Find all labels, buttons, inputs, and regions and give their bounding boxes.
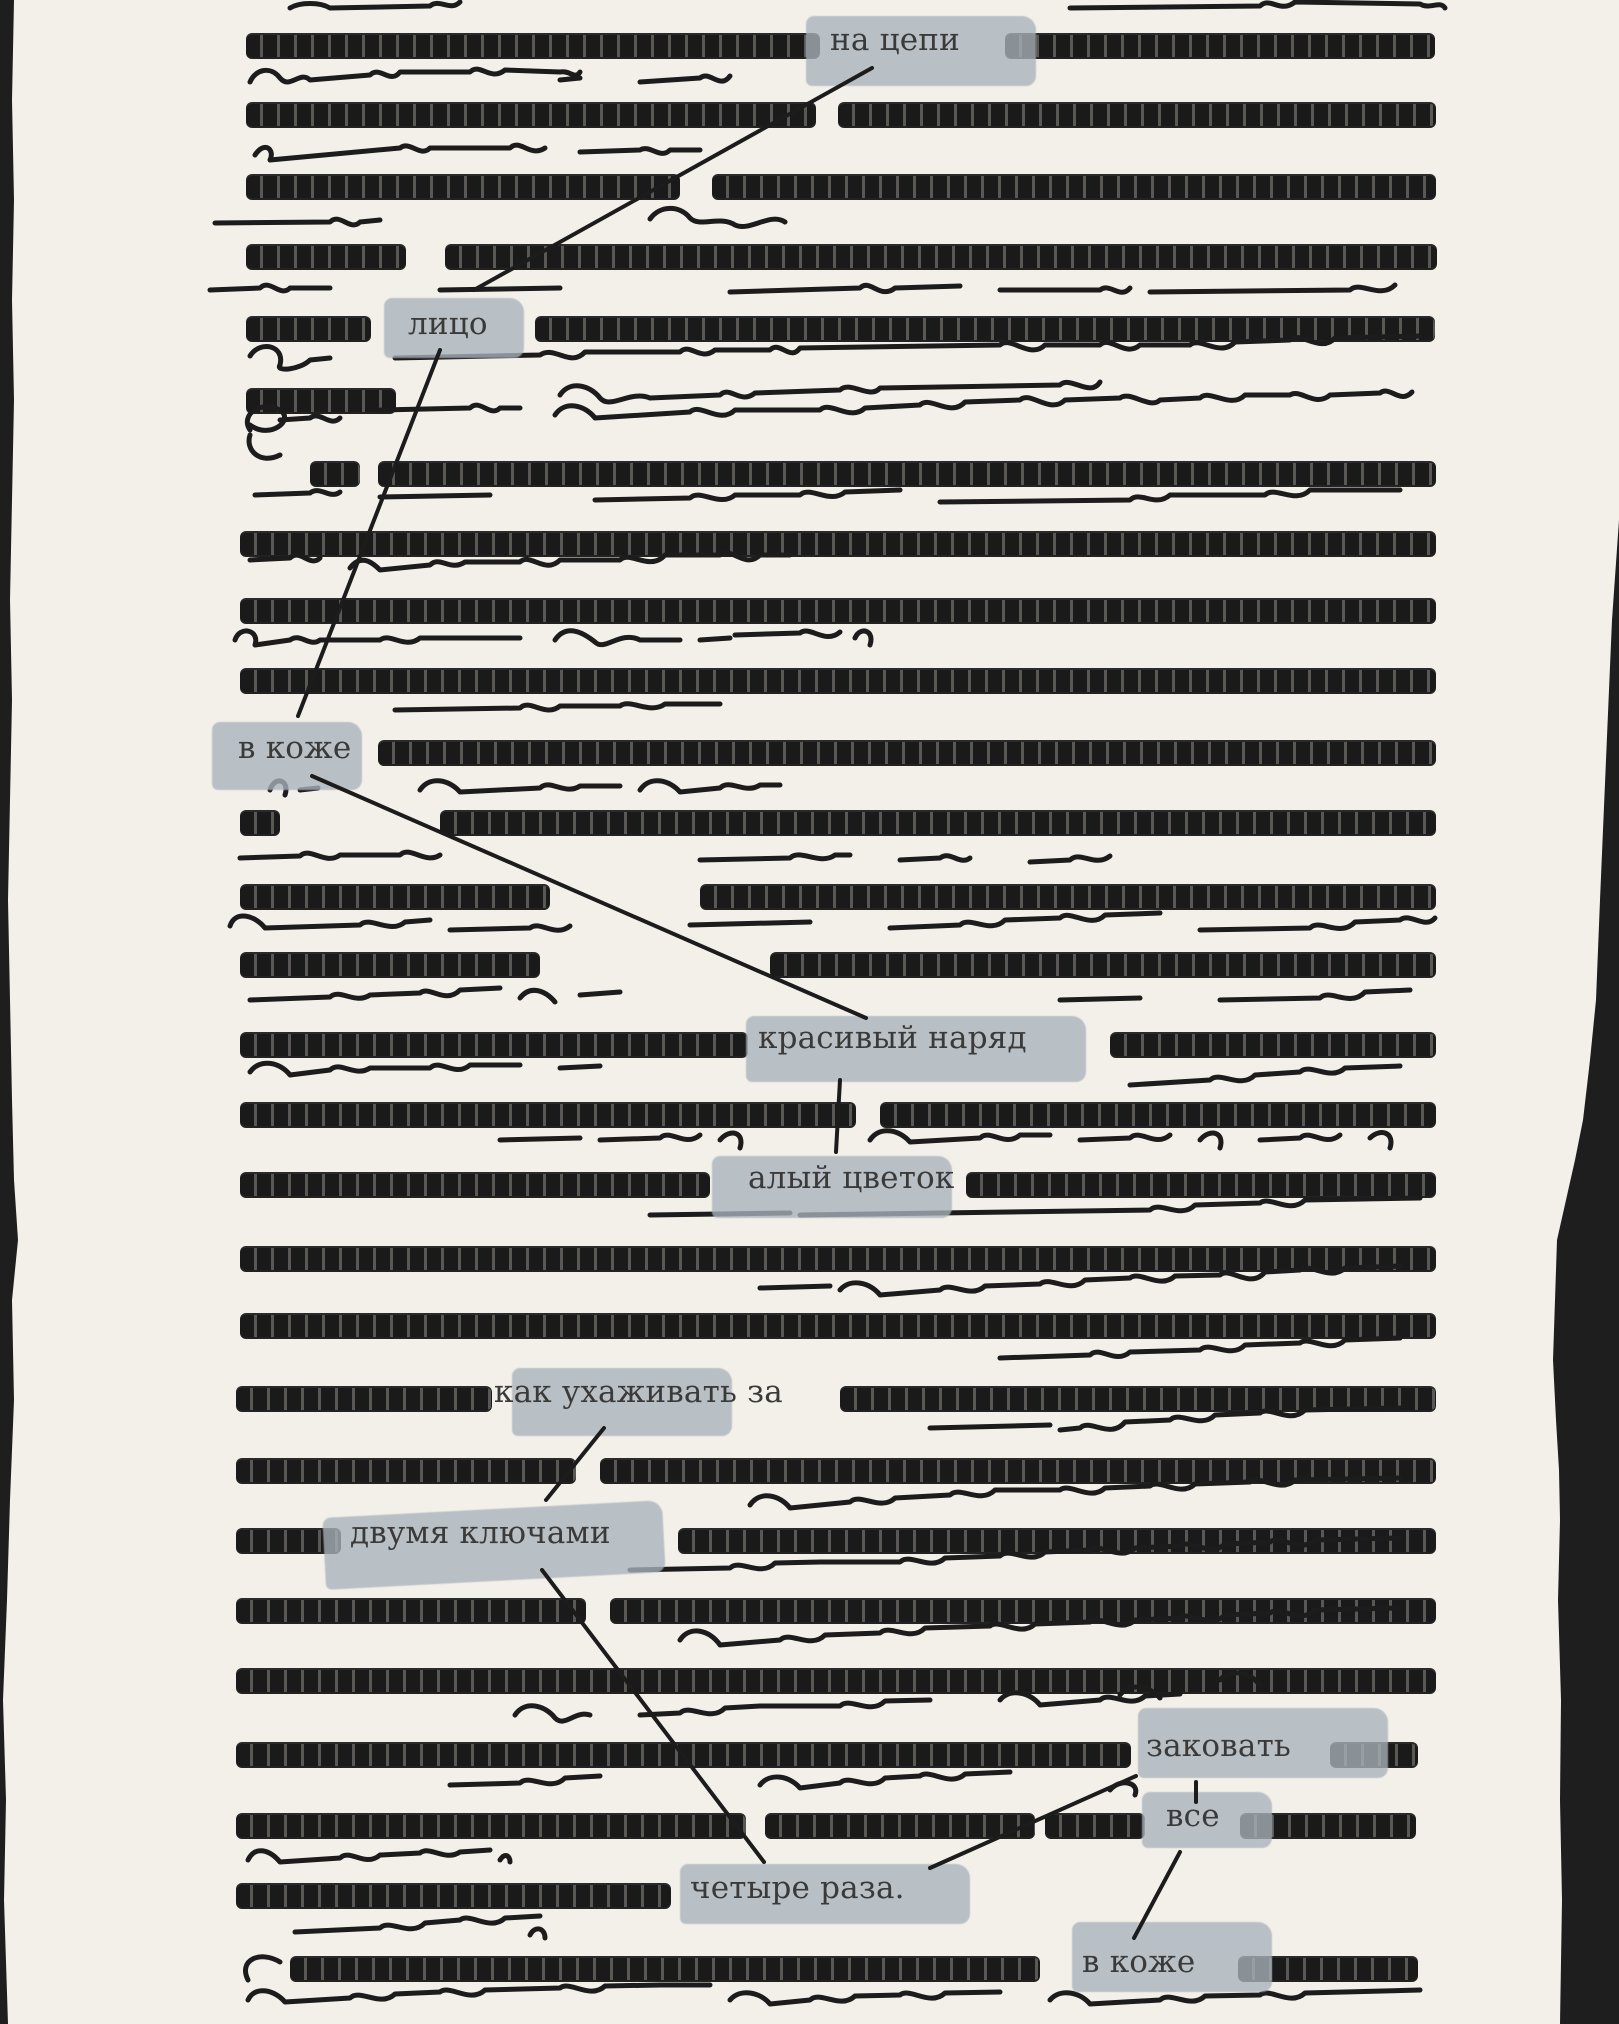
redaction-bar bbox=[445, 246, 1437, 268]
poem-word-11: в коже bbox=[1082, 1944, 1195, 1980]
redaction-bar bbox=[246, 35, 820, 57]
redaction-bar bbox=[765, 1815, 1035, 1837]
redaction-bar bbox=[240, 533, 1436, 555]
redaction-bar bbox=[240, 1248, 1436, 1270]
poem-word-1: на цепи bbox=[830, 22, 960, 58]
poem-text: как ухаживать за bbox=[494, 1374, 783, 1410]
redaction-bar bbox=[246, 318, 371, 340]
redaction-bar bbox=[240, 954, 540, 976]
redaction-bar bbox=[535, 318, 1435, 340]
poem-word-7: двумя ключами bbox=[350, 1515, 611, 1551]
redaction-bar bbox=[236, 1885, 671, 1907]
redaction-bar bbox=[236, 1460, 576, 1482]
redaction-bar bbox=[600, 1460, 1436, 1482]
redaction-bar bbox=[838, 104, 1436, 126]
redaction-bar bbox=[310, 463, 360, 485]
redaction-bar bbox=[610, 1600, 1436, 1622]
redaction-bar bbox=[1045, 1815, 1145, 1837]
redaction-bar bbox=[290, 1958, 1040, 1980]
poem-text: в коже bbox=[1082, 1944, 1195, 1980]
redaction-bar bbox=[240, 1174, 710, 1196]
poem-text: двумя ключами bbox=[350, 1515, 611, 1551]
redaction-bar bbox=[880, 1104, 1436, 1126]
redaction-bar bbox=[236, 1600, 586, 1622]
redaction-bar bbox=[770, 954, 1436, 976]
poem-word-2: лицо bbox=[408, 306, 488, 342]
poem-text: четыре раза. bbox=[690, 1870, 905, 1906]
poem-word-8: заковать bbox=[1146, 1728, 1291, 1764]
redaction-bar bbox=[236, 1815, 746, 1837]
redaction-bar bbox=[378, 742, 1436, 764]
redaction-bar bbox=[440, 812, 1436, 834]
poem-text: в коже bbox=[238, 730, 351, 766]
poem-text: лицо bbox=[408, 306, 488, 342]
redaction-bar bbox=[240, 1034, 748, 1056]
poem-word-9: все bbox=[1166, 1798, 1220, 1834]
redaction-bar bbox=[246, 104, 816, 126]
redaction-bar bbox=[700, 886, 1436, 908]
redaction-bar bbox=[840, 1388, 1436, 1410]
redaction-bar bbox=[240, 1104, 856, 1126]
redaction-bar bbox=[1110, 1034, 1436, 1056]
redaction-bar bbox=[378, 463, 1436, 485]
redaction-bar bbox=[246, 390, 396, 412]
redaction-bar bbox=[236, 1670, 1436, 1692]
poem-text: все bbox=[1166, 1798, 1220, 1834]
redaction-bar bbox=[240, 670, 1436, 692]
redaction-bar bbox=[246, 246, 406, 268]
poem-text: заковать bbox=[1146, 1728, 1291, 1764]
redaction-bar bbox=[966, 1174, 1436, 1196]
poem-word-6: как ухаживать за bbox=[494, 1374, 783, 1410]
poem-text: на цепи bbox=[830, 22, 960, 58]
redaction-bar bbox=[236, 1744, 1131, 1766]
redaction-bar bbox=[678, 1530, 1436, 1552]
poem-word-10: четыре раза. bbox=[690, 1870, 905, 1906]
redaction-bar bbox=[240, 600, 1436, 622]
poem-text: алый цветок bbox=[748, 1160, 955, 1196]
poem-text: красивый наряд bbox=[758, 1020, 1027, 1056]
poem-word-3: в коже bbox=[238, 730, 351, 766]
redaction-bar bbox=[240, 886, 550, 908]
redaction-bar bbox=[1005, 35, 1435, 57]
poem-word-4: красивый наряд bbox=[758, 1020, 1027, 1056]
redaction-bar bbox=[236, 1388, 492, 1410]
poem-word-5: алый цветок bbox=[748, 1160, 955, 1196]
redaction-bar bbox=[246, 176, 680, 198]
redaction-bar bbox=[712, 176, 1436, 198]
redaction-bar bbox=[240, 812, 280, 834]
redaction-bar bbox=[240, 1315, 1436, 1337]
